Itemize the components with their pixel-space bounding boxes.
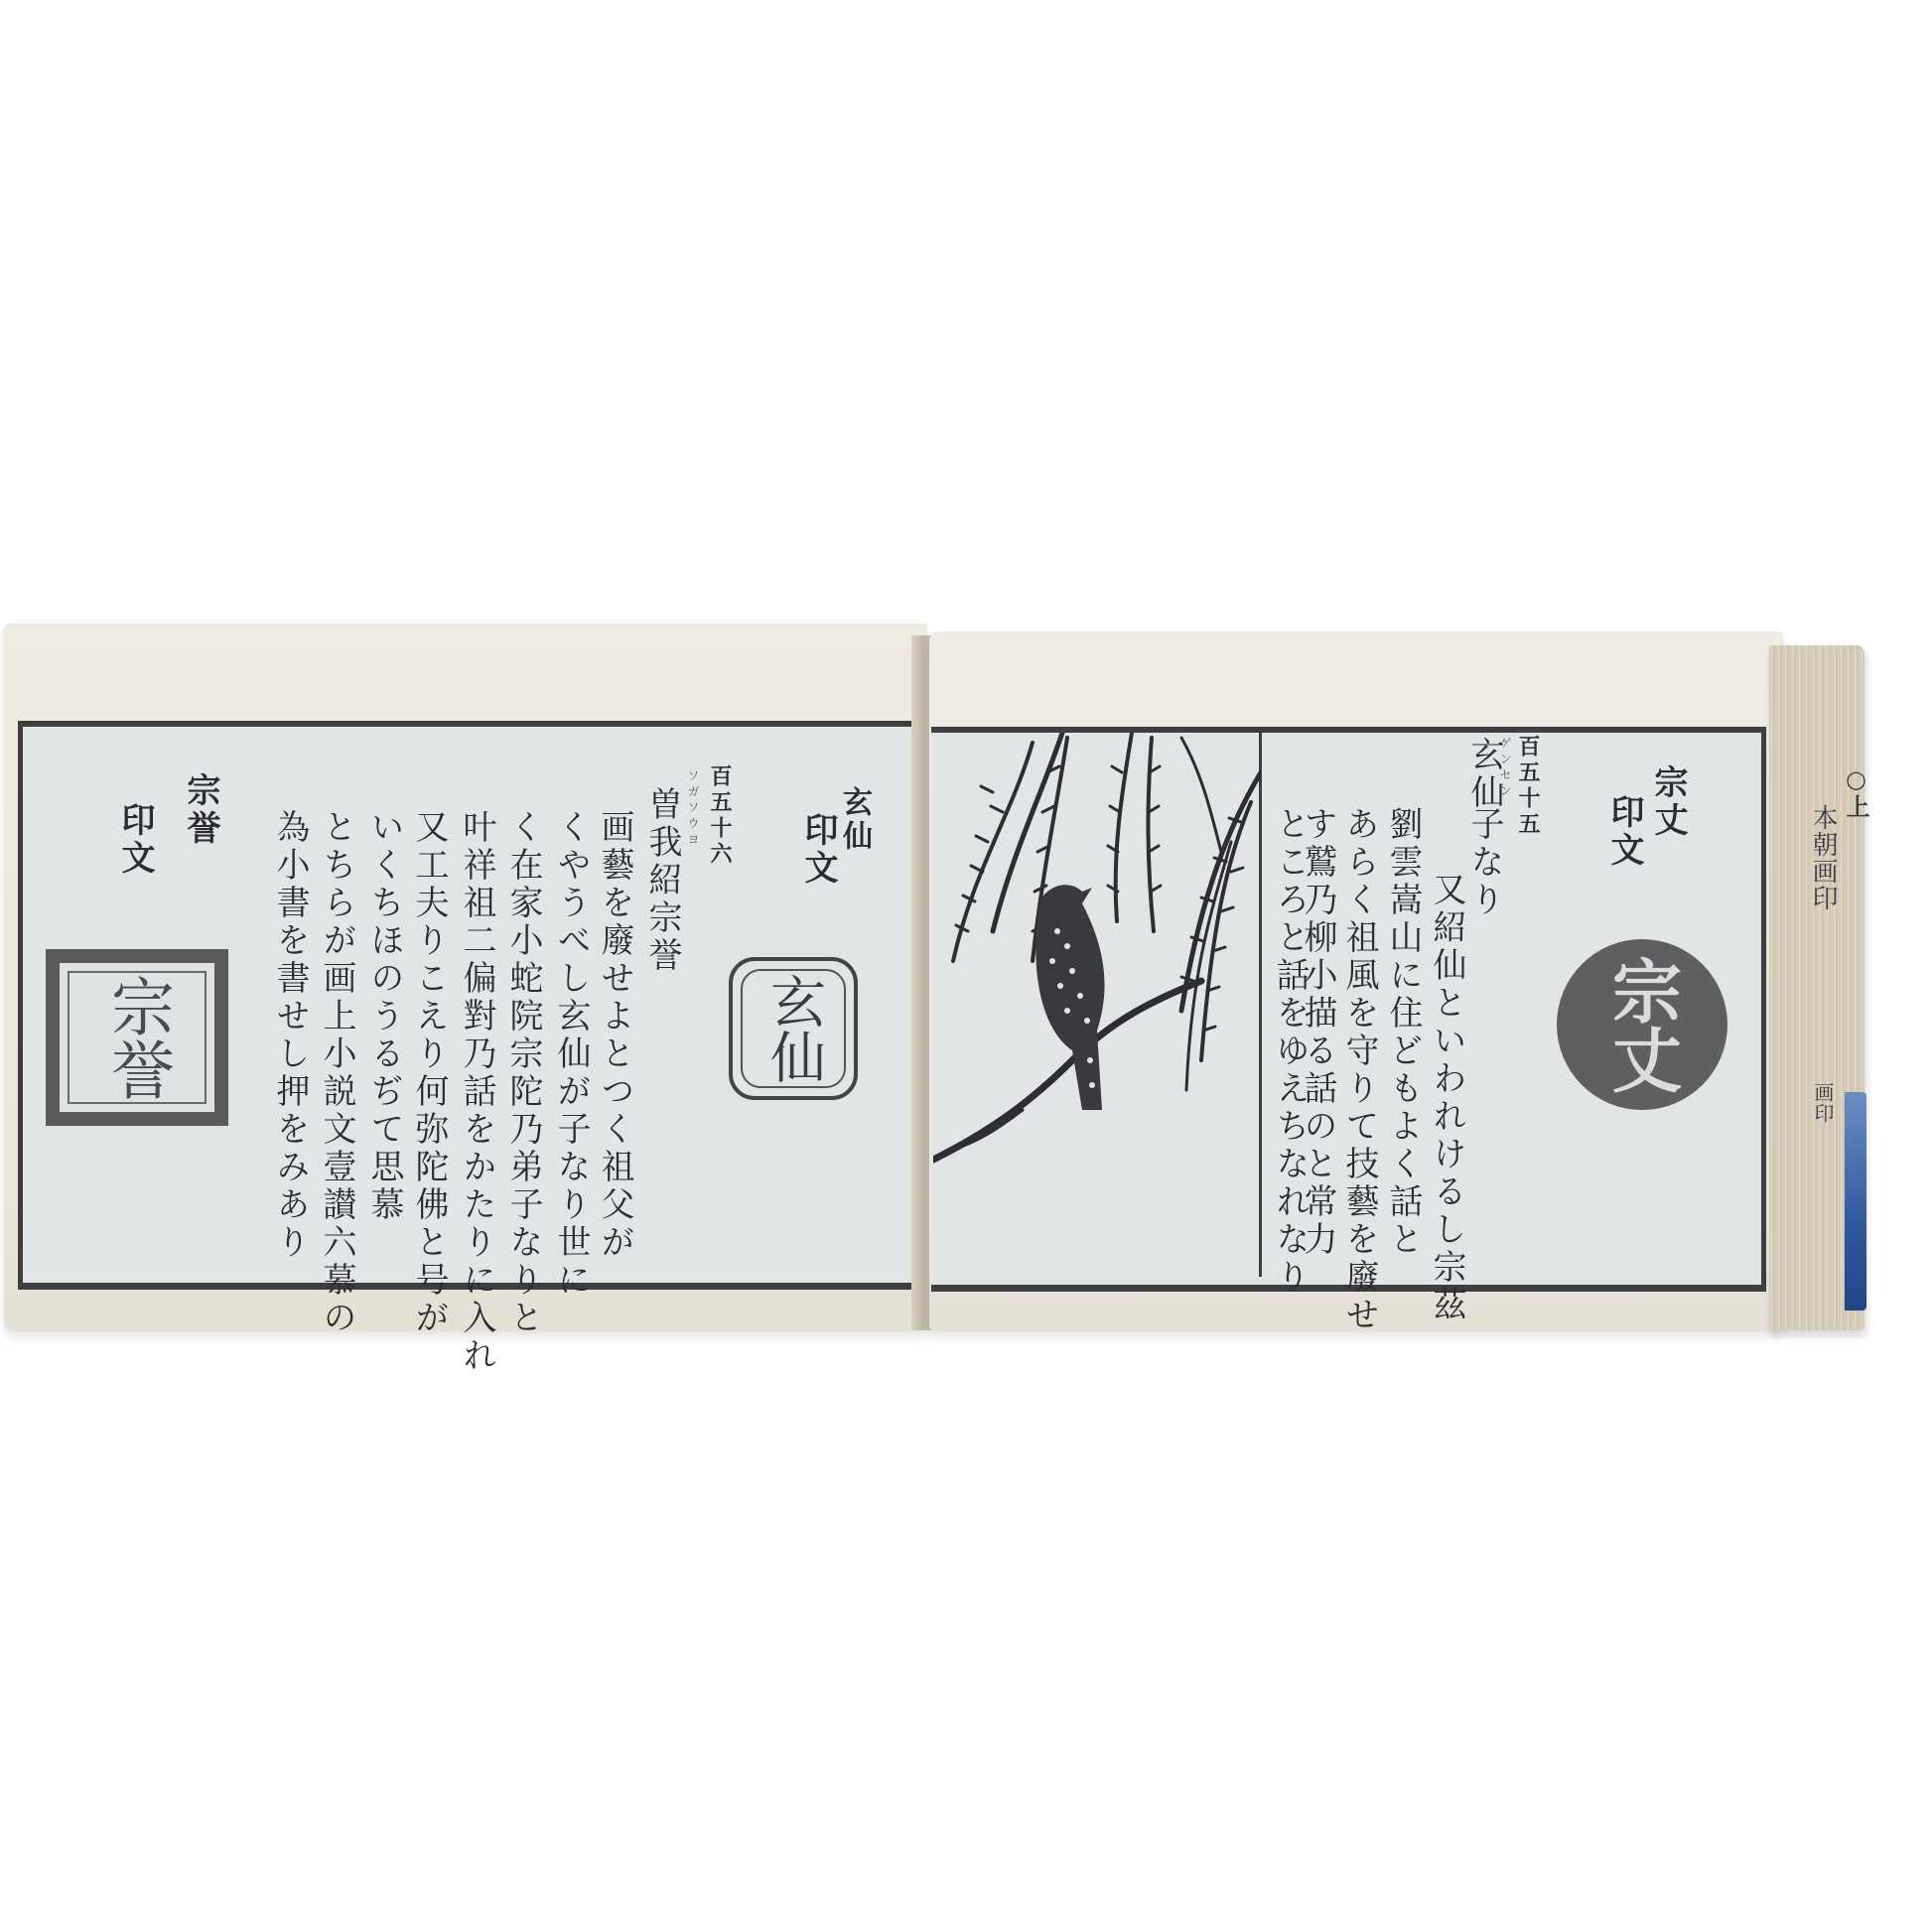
left-entry3-label: 印文 (111, 802, 160, 878)
right-entry2-label: 印文 (1600, 794, 1649, 870)
left-column-5: 又工夫りこえり何弥陀佛と号が (412, 809, 446, 1337)
right-column-1: 子なり (1467, 806, 1501, 919)
left-column-1: 画藝を廢せよとつく祖父が (598, 809, 631, 1262)
edge-title-text: 本朝画印 (1805, 804, 1842, 911)
edge-lower-text: 画印 (1809, 1082, 1838, 1124)
left-title-ruby: ソガソウヨ (685, 769, 702, 849)
left-column-8: 為小書を書せし押をみあり (273, 809, 307, 1262)
left-column-7: とちらが画上小説文壹讃六慕の (320, 809, 353, 1337)
seal-text: 宗丈 (1592, 955, 1693, 1094)
left-column-6: いくちほのうるぢて思慕 (367, 809, 401, 1224)
left-column-3: く在家小蛇院宗陀乃弟子なりと (506, 809, 540, 1337)
willow-bird-illustration (933, 733, 1261, 1277)
left-entry2-title: 曽我紹宗誉 (645, 786, 679, 975)
blue-cover-corner (1845, 1092, 1866, 1311)
right-entry2-name: 宗丈 (1644, 764, 1693, 840)
right-page-number: 百五十五 (1513, 735, 1544, 838)
left-page-number: 百五十六 (705, 764, 736, 868)
seal-circle: 宗丈 (1557, 939, 1727, 1110)
right-column-6: ところと話をゆえちなれなり (1273, 806, 1307, 1297)
edge-volume-mark: ○上 (1839, 764, 1873, 819)
left-entry1-label: 印文 (794, 812, 843, 888)
open-book: 玄仙 印文 玄仙 百五十六 ソガソウヨ 曽我紹宗誉 画藝を廢せよとつく祖父が く… (0, 0, 1932, 1932)
seal-square: 宗誉 (46, 949, 228, 1126)
right-column-3: 劉雲嵩山に住どもよく話と (1386, 806, 1420, 1259)
right-entry1-name: 玄仙 (1467, 737, 1501, 812)
right-column-2: 又紹仙といわれけるし宗茲 (1430, 872, 1463, 1324)
right-column-4: あらく祖風を守りて技藝を廢せ (1342, 806, 1376, 1334)
seal-inner-border (741, 969, 846, 1088)
left-column-4: 叶祥祖二偏對乃話をかたりに入れ (460, 809, 493, 1375)
left-column-2: くやうべし玄仙が子なり世に (554, 809, 588, 1300)
left-entry3-name: 宗誉 (177, 772, 225, 848)
seal-text: 宗誉 (68, 971, 207, 1104)
seal-rounded-square: 玄仙 (729, 957, 858, 1100)
